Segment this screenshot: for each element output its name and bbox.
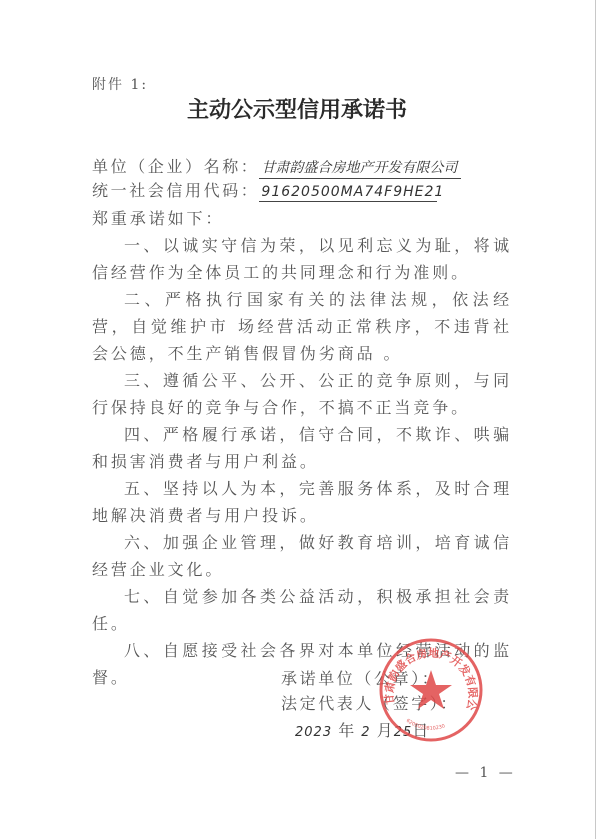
company-name-field: 单位（企业）名称：甘肃韵盛合房地产开发有限公司 xyxy=(92,154,461,179)
company-name-label: 单位（企业）名称： xyxy=(92,157,259,176)
date-year: 2023 xyxy=(295,725,332,740)
svg-text:6205020810230: 6205020810230 xyxy=(405,718,446,732)
company-name-handwritten: 甘肃韵盛合房地产开发有限公司 xyxy=(259,157,461,179)
star-icon xyxy=(410,670,452,709)
commitment-lead: 郑重承诺如下： xyxy=(92,205,512,232)
page-edge-line xyxy=(595,0,596,839)
commitment-item-2: 二、严格执行国家有关的法律法规，依法经营，自觉维护市 场经营活动正常秩序，不违背… xyxy=(92,286,512,367)
credit-code-label: 统一社会信用代码： xyxy=(92,181,259,200)
date-month: 2 xyxy=(361,725,370,740)
year-char: 年 xyxy=(338,721,355,740)
commitment-body: 郑重承诺如下： 一、以诚实守信为荣，以见利忘义为耻，将诚信经营作为全体员工的共同… xyxy=(92,205,512,691)
commitment-item-1: 一、以诚实守信为荣，以见利忘义为耻，将诚信经营作为全体员工的共同理念和行为准则。 xyxy=(92,232,512,286)
commitment-item-7: 七、自觉参加各类公益活动，积极承担社会责任。 xyxy=(92,583,512,637)
document-title: 主动公示型信用承诺书 xyxy=(0,93,594,124)
commitment-item-5: 五、坚持以人为本，完善服务体系，及时合理地解决消费者与用户投诉。 xyxy=(92,475,512,529)
page-number: — 1 — xyxy=(455,765,516,781)
credit-code-field: 统一社会信用代码：91620500MA74F9HE21 xyxy=(92,178,437,202)
commitment-item-4: 四、严格履行承诺，信守合同，不欺诈、哄骗和损害消费者与用户利益。 xyxy=(92,421,512,475)
commitment-item-3: 三、遵循公平、公开、公正的竞争原则，与同行保持良好的竞争与合作，不搞不正当竞争。 xyxy=(92,367,512,421)
company-seal-stamp: 甘肃韵盛合房地产开发有限公司 6205020810230 xyxy=(378,637,484,743)
attachment-label: 附件 1: xyxy=(92,74,148,94)
stamp-code: 6205020810230 xyxy=(405,718,446,732)
credit-code-handwritten: 91620500MA74F9HE21 xyxy=(259,184,437,202)
commitment-item-6: 六、加强企业管理，做好教育培训，培育诚信经营企业文化。 xyxy=(92,529,512,583)
